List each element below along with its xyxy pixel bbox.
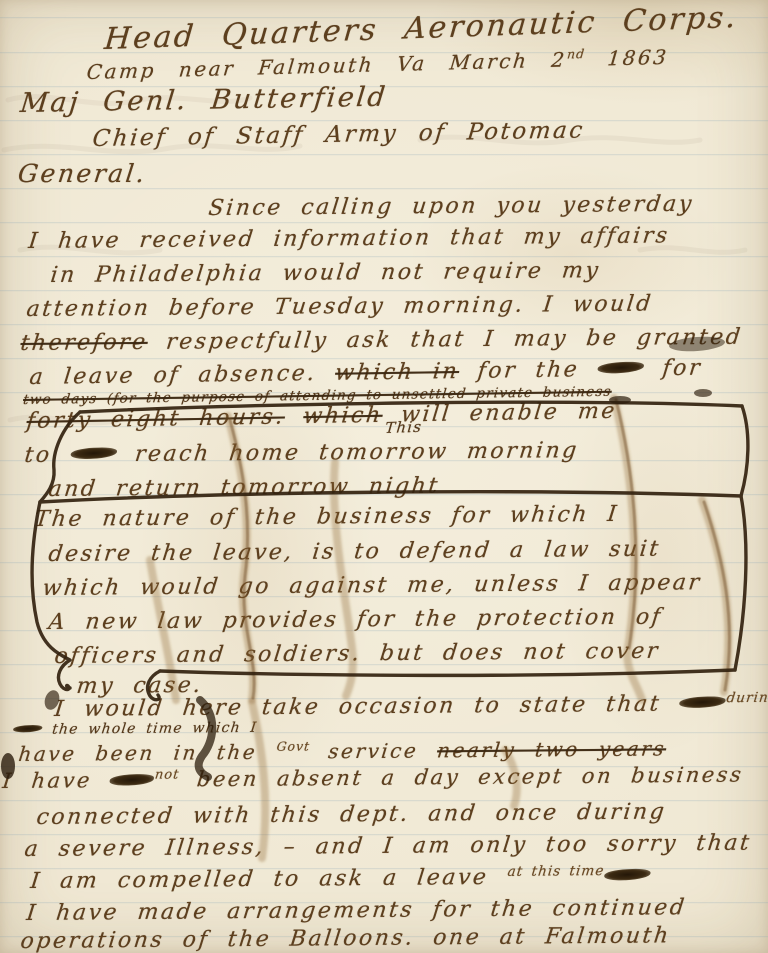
- text-segment: 1863: [583, 45, 669, 71]
- text-segment: reach home tomorrow morning: [115, 438, 580, 467]
- text-segment: I have: [1, 768, 111, 793]
- text-segment: The nature of the business for which I: [33, 502, 620, 532]
- text-segment: a severe Illness, – and I am only too so…: [23, 831, 753, 862]
- ink-blot: [679, 696, 726, 709]
- letter-line: which would go against me, unless I appe…: [41, 570, 703, 601]
- text-segment: have been in the: [17, 740, 277, 766]
- text-segment: to: [23, 443, 71, 468]
- inserted-text: nd: [566, 46, 585, 61]
- letter-line: General.: [16, 159, 148, 188]
- text-segment: Since calling upon you yesterday: [207, 192, 695, 221]
- inserted-text: not: [154, 767, 180, 782]
- letter-text: Head Quarters Aeronautic Corps.Camp near…: [0, 0, 768, 953]
- text-segment: I would here take occasion to state that: [53, 692, 681, 722]
- inserted-text: Govt: [276, 739, 311, 754]
- text-segment: Maj Genl. Butterfield: [19, 82, 389, 119]
- struck-text: which: [302, 403, 384, 429]
- struck-text: which in: [334, 359, 461, 386]
- letter-line: a severe Illness, – and I am only too so…: [23, 831, 753, 862]
- text-segment: which would go against me, unless I appe…: [41, 570, 703, 601]
- letter-line: the whole time which I: [12, 720, 258, 738]
- letter-line: I have made arrangements for the continu…: [25, 895, 688, 926]
- text-segment: I have received information that my affa…: [27, 223, 671, 254]
- letter-line: operations of the Balloons. one at Falmo…: [19, 923, 672, 953]
- struck-text: therefore: [19, 330, 149, 356]
- text-segment: for: [643, 356, 704, 382]
- inserted-text: during: [726, 689, 768, 705]
- letter-line: connected with this dept. and once durin…: [35, 800, 668, 830]
- letter-line: in Philadelphia would not require my: [49, 258, 602, 288]
- ink-blot: [70, 447, 117, 460]
- text-segment: operations of the Balloons. one at Falmo…: [19, 923, 672, 953]
- letter-line: officers and soldiers. but does not cove…: [53, 639, 661, 669]
- struck-text: nearly two years: [436, 736, 668, 762]
- letter-line: have been in the Govt service nearly two…: [17, 736, 667, 766]
- text-segment: attention before Tuesday morning. I woul…: [25, 292, 654, 322]
- letter-page: Head Quarters Aeronautic Corps.Camp near…: [0, 0, 768, 953]
- letter-line: therefore respectfully ask that I may be…: [19, 325, 744, 356]
- text-segment: A new law provides for the protection of: [47, 605, 664, 635]
- text-segment: for the: [458, 357, 599, 384]
- letter-line: The nature of the business for which I: [33, 502, 620, 532]
- letter-line: This: [384, 418, 423, 437]
- text-segment: respectfully ask that I may be granted: [146, 325, 744, 355]
- struck-text: forty eight hours.: [25, 405, 286, 434]
- inserted-text: at this time: [507, 863, 606, 880]
- text-segment: in Philadelphia would not require my: [49, 258, 602, 288]
- ink-blot: [110, 773, 155, 785]
- text-segment: a leave of absence.: [28, 361, 336, 390]
- letter-line: desire the leave, is to defend a law sui…: [47, 537, 662, 567]
- letter-line: I have received information that my affa…: [27, 223, 671, 254]
- text-segment: the whole time which I: [42, 720, 259, 738]
- text-segment: connected with this dept. and once durin…: [35, 800, 668, 830]
- ink-blot: [603, 868, 650, 881]
- text-segment: desire the leave, is to defend a law sui…: [47, 537, 662, 567]
- letter-line: attention before Tuesday morning. I woul…: [25, 292, 654, 322]
- letter-line: and return tomorrow night: [47, 474, 441, 502]
- text-segment: service: [308, 738, 438, 763]
- ink-blot: [13, 725, 43, 733]
- text-segment: This: [384, 418, 423, 437]
- letter-line: A new law provides for the protection of: [47, 605, 664, 635]
- letter-line: I have not been absent a day except on b…: [1, 763, 745, 793]
- text-segment: I am compelled to ask a leave: [29, 865, 508, 894]
- letter-line: to reach home tomorrow morning: [23, 438, 580, 468]
- text-segment: officers and soldiers. but does not cove…: [53, 639, 661, 669]
- text-segment: Chief of Staff Army of Potomac: [91, 117, 586, 152]
- text-segment: I have made arrangements for the continu…: [25, 895, 688, 926]
- text-segment: and return tomorrow night: [47, 474, 441, 502]
- text-segment: been absent a day except on business: [177, 763, 744, 792]
- letter-line: Maj Genl. Butterfield: [19, 82, 389, 119]
- letter-line: I would here take occasion to state that…: [53, 691, 768, 722]
- letter-line: Since calling upon you yesterday: [207, 192, 695, 221]
- letter-line: I am compelled to ask a leave at this ti…: [29, 864, 651, 894]
- text-segment: General.: [16, 159, 148, 188]
- ink-blot: [598, 361, 645, 374]
- letter-line: Chief of Staff Army of Potomac: [91, 117, 586, 152]
